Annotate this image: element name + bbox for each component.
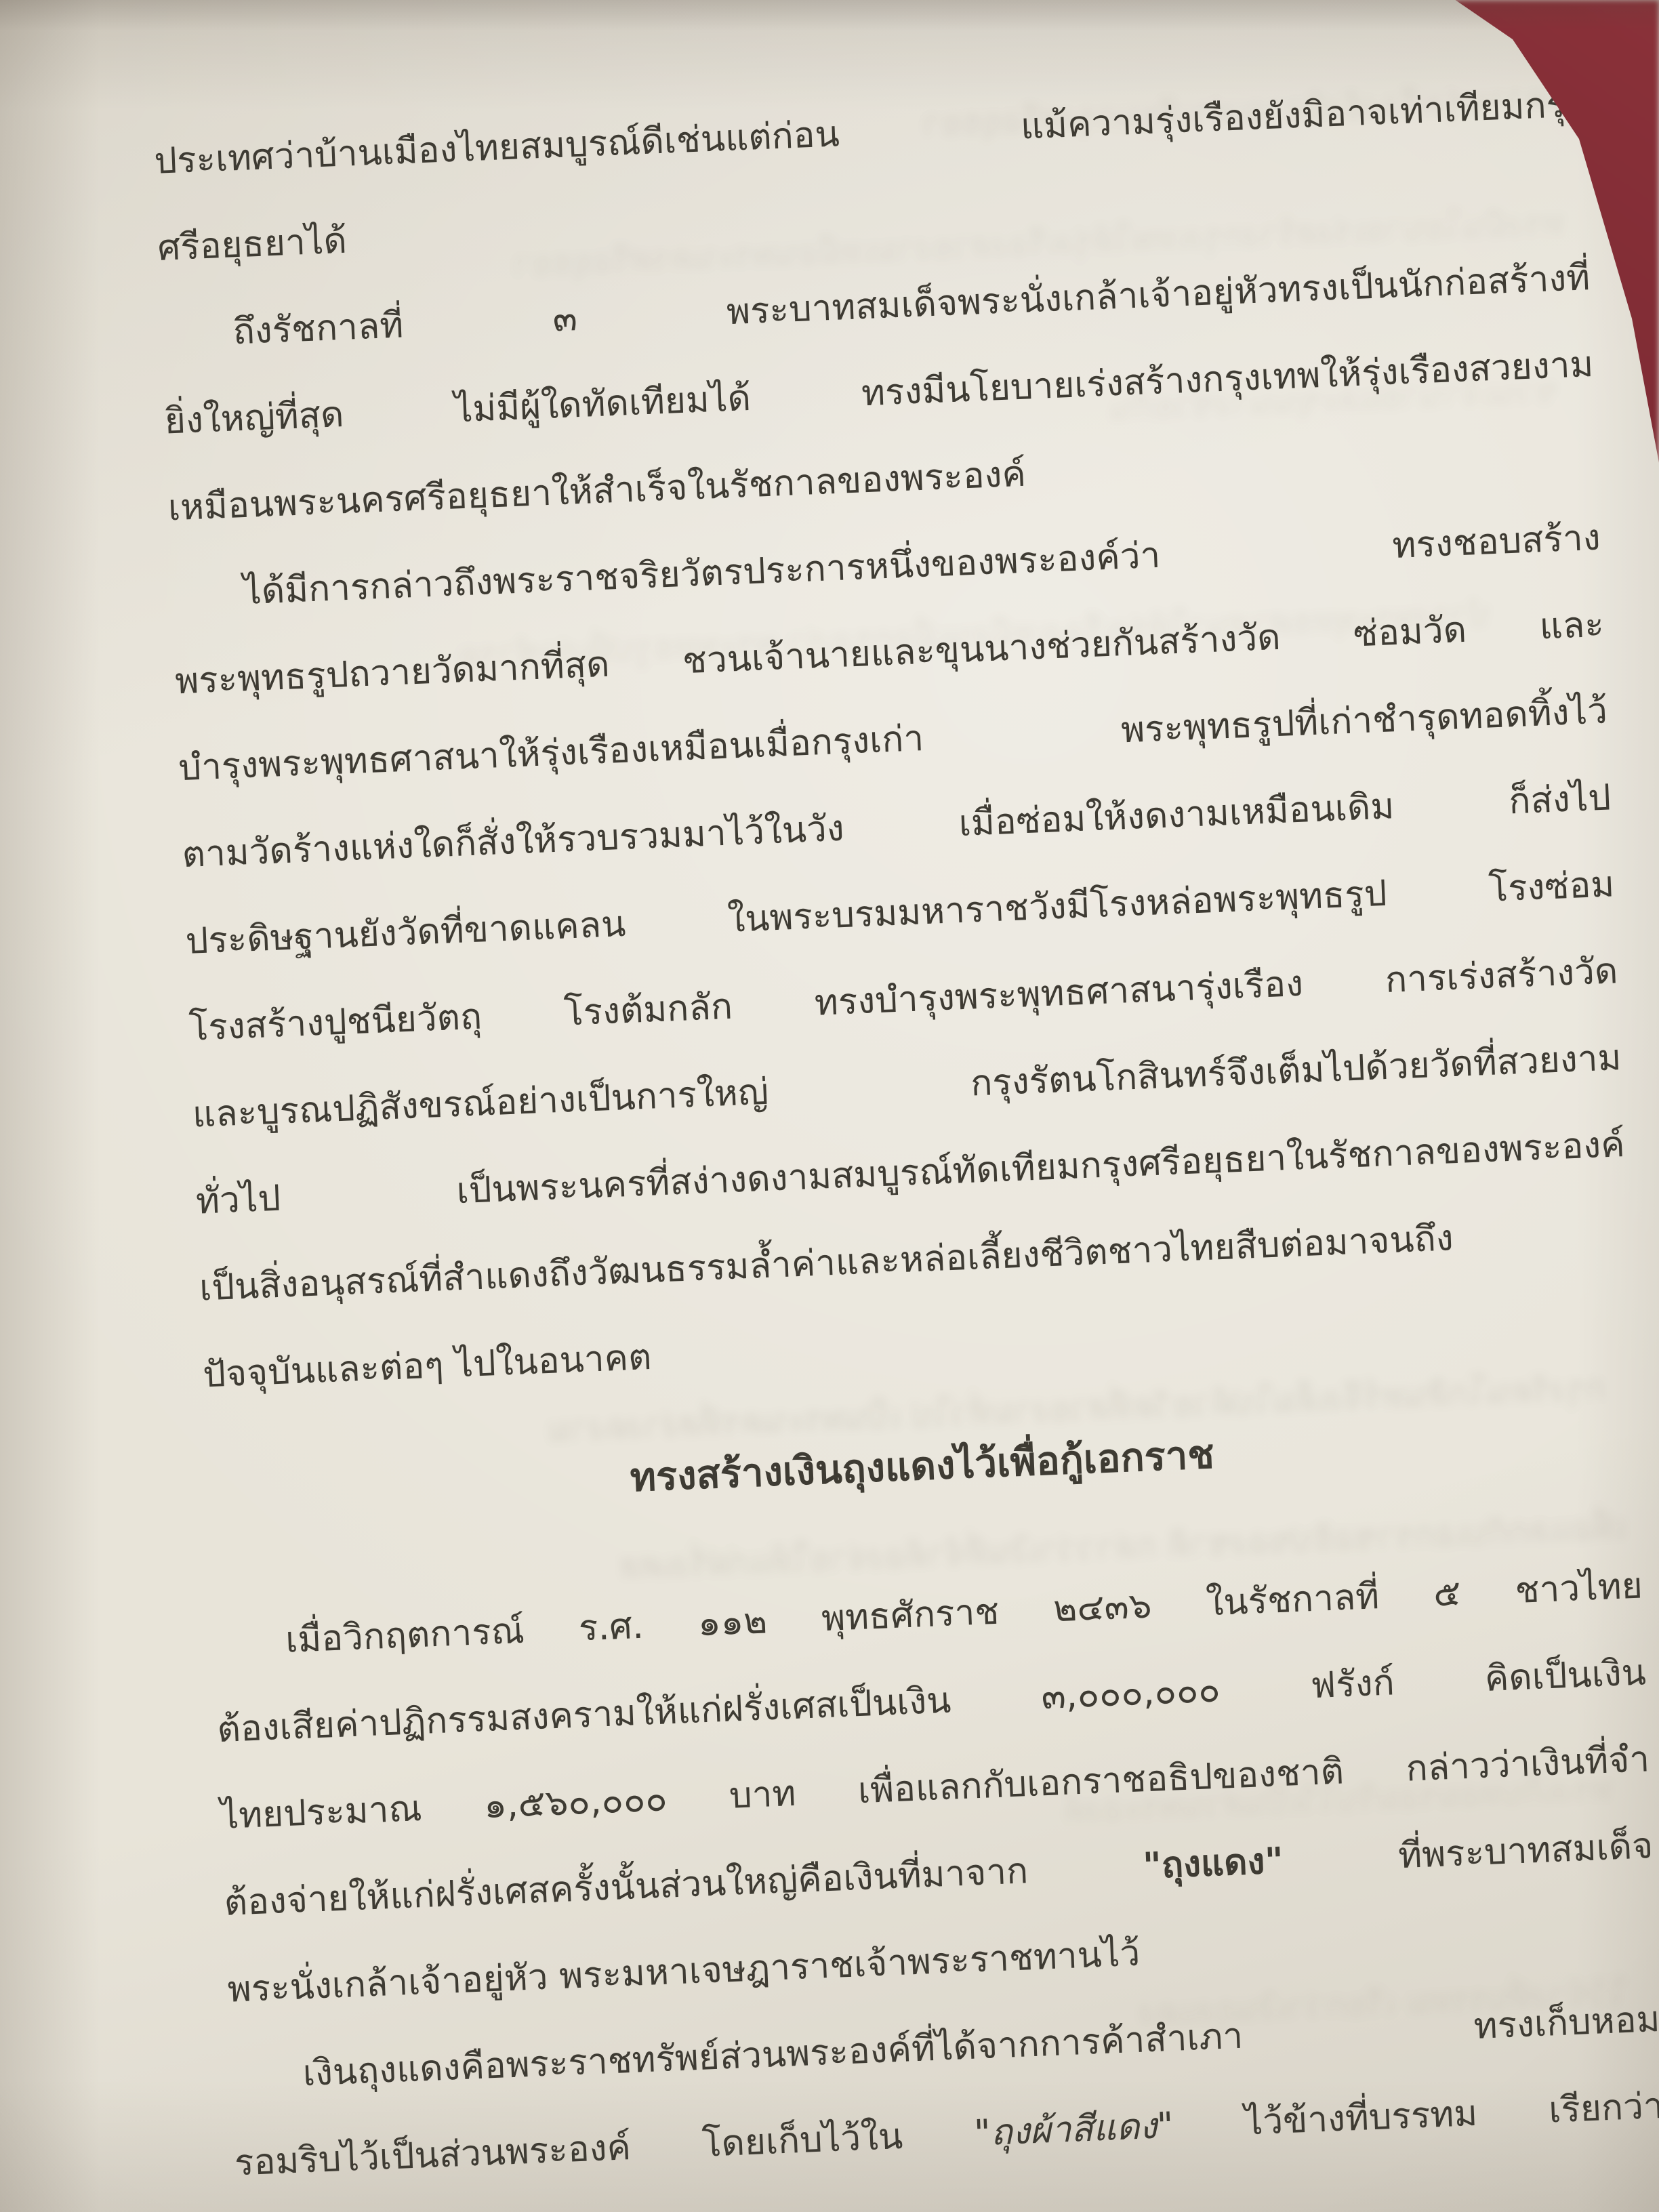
line-text: ศรีอยุธยาได้ bbox=[157, 220, 347, 269]
book-page-photo: แม้ความรุ่งเรืองยังมิอาจเท่าเทียมกรุงศรี… bbox=[0, 0, 1659, 2212]
line-text: พระนั่งเกล้าเจ้าอยู่หัว พระมหาเจษฎาราชเจ… bbox=[227, 1933, 1141, 2011]
line-text: เหมือนพระนครศรีอยุธยาให้สำเร็จในรัชกาลขอ… bbox=[167, 453, 1027, 529]
line-text: ที่พระบาทสมเด็จ bbox=[1283, 1825, 1654, 1881]
italic-term: "ถุงผ้าสีแดง" bbox=[973, 2105, 1174, 2154]
section-heading: ทรงสร้างเงินถุงแดงไว้เพื่อกู้เอกราช bbox=[206, 1394, 1638, 1538]
line-text: รอมริบไว้เป็นส่วนพระองค์ โดยเก็บไว้ใน bbox=[234, 2113, 975, 2184]
bold-term: "ถุงแดง" bbox=[1142, 1840, 1284, 1887]
line-text: ต้องจ่ายให้แก่ฝรั่งเศสครั้งนั้นส่วนใหญ่ค… bbox=[224, 1845, 1144, 1923]
page-text-block: ประเทศว่าบ้านเมืองไทยสมบูรณ์ดีเช่นแต่ก่อ… bbox=[152, 61, 1659, 2207]
line-text: ปัจจุบันและต่อๆ ไปในอนาคต bbox=[202, 1336, 652, 1396]
line-text: ไว้ข้างที่บรรทม เรียกว่า bbox=[1172, 2085, 1659, 2146]
